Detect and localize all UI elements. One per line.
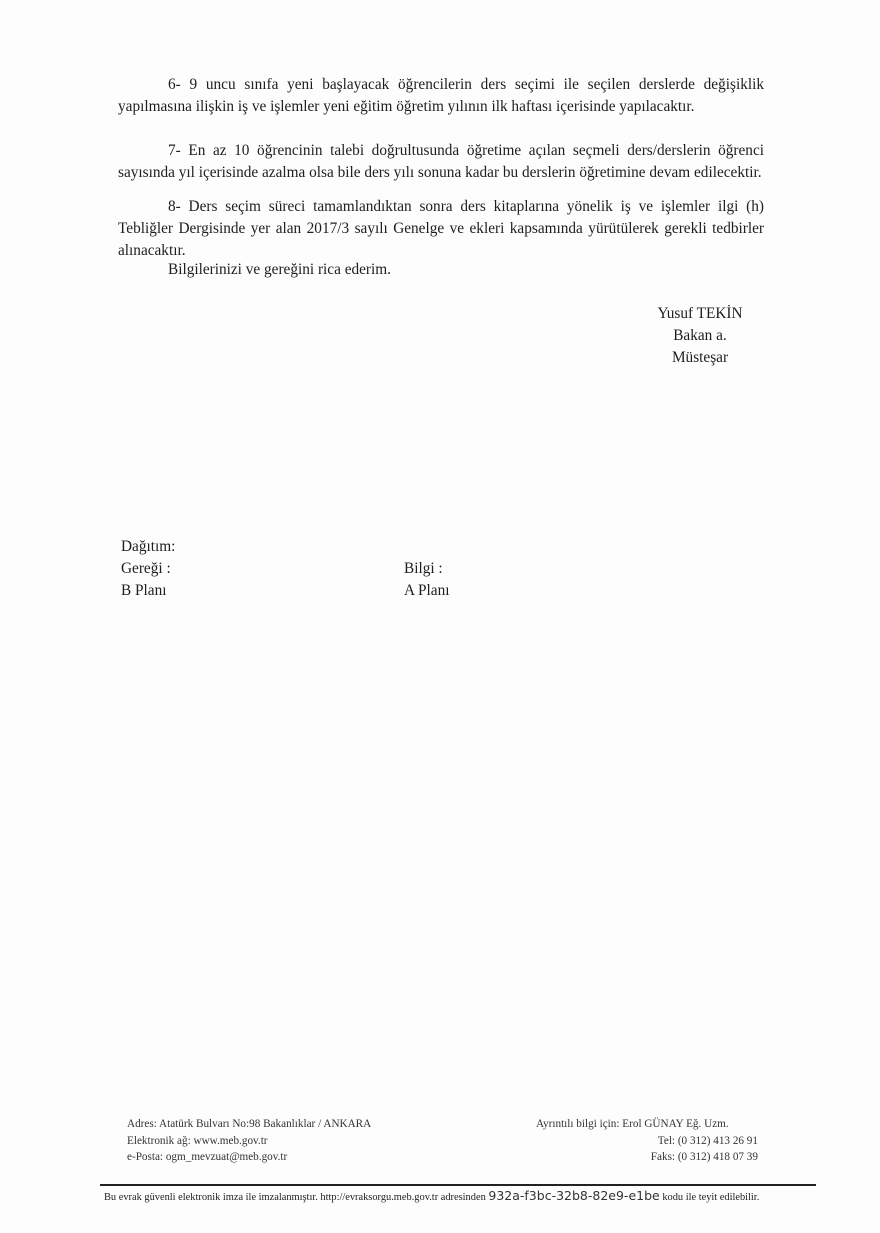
distribution-block: Dağıtım: Gereği : B Planı	[121, 536, 175, 602]
footer-tel: Tel: (0 312) 413 26 91	[536, 1133, 758, 1150]
paragraph-item-6: 6- 9 uncu sınıfa yeni başlayacak öğrenci…	[118, 74, 764, 118]
footer-contact: Ayrıntılı bilgi için: Erol GÜNAY Eğ. Uzm…	[536, 1116, 758, 1133]
footer-web: Elektronik ağ: www.meb.gov.tr	[127, 1133, 371, 1150]
gereği-label: Gereği :	[121, 558, 175, 580]
footer-contact-block: Ayrıntılı bilgi için: Erol GÜNAY Eğ. Uzm…	[536, 1116, 758, 1166]
bilgi-block: Bilgi : A Planı	[404, 558, 449, 602]
signature-block: Yusuf TEKİN Bakan a. Müsteşar	[640, 303, 760, 369]
distribution-title: Dağıtım:	[121, 536, 175, 558]
signatory-name: Yusuf TEKİN	[640, 303, 760, 325]
footer-fax: Faks: (0 312) 418 07 39	[536, 1149, 758, 1166]
bilgi-label: Bilgi :	[404, 558, 449, 580]
verification-suffix: kodu ile teyit edilebilir.	[662, 1192, 759, 1203]
footer-divider	[100, 1184, 816, 1186]
paragraph-item-8: 8- Ders seçim süreci tamamlandıktan sonr…	[118, 196, 764, 262]
verification-line: Bu evrak güvenli elektronik imza ile imz…	[104, 1188, 759, 1203]
bilgi-value: A Planı	[404, 580, 449, 602]
footer-address-block: Adres: Atatürk Bulvarı No:98 Bakanlıklar…	[127, 1116, 371, 1166]
verification-prefix: Bu evrak güvenli elektronik imza ile imz…	[104, 1192, 486, 1203]
document-page: 6- 9 uncu sınıfa yeni başlayacak öğrenci…	[0, 0, 880, 1233]
gereği-value: B Planı	[121, 580, 175, 602]
paragraph-item-7: 7- En az 10 öğrencinin talebi doğrultusu…	[118, 140, 764, 184]
verification-code: 932a-f3bc-32b8-82e9-e1be	[488, 1188, 659, 1203]
signatory-title: Müsteşar	[640, 347, 760, 369]
signatory-role: Bakan a.	[640, 325, 760, 347]
closing-line: Bilgilerinizi ve gereğini rica ederim.	[168, 261, 391, 279]
footer-email: e-Posta: ogm_mevzuat@meb.gov.tr	[127, 1149, 371, 1166]
footer-address: Adres: Atatürk Bulvarı No:98 Bakanlıklar…	[127, 1116, 371, 1133]
